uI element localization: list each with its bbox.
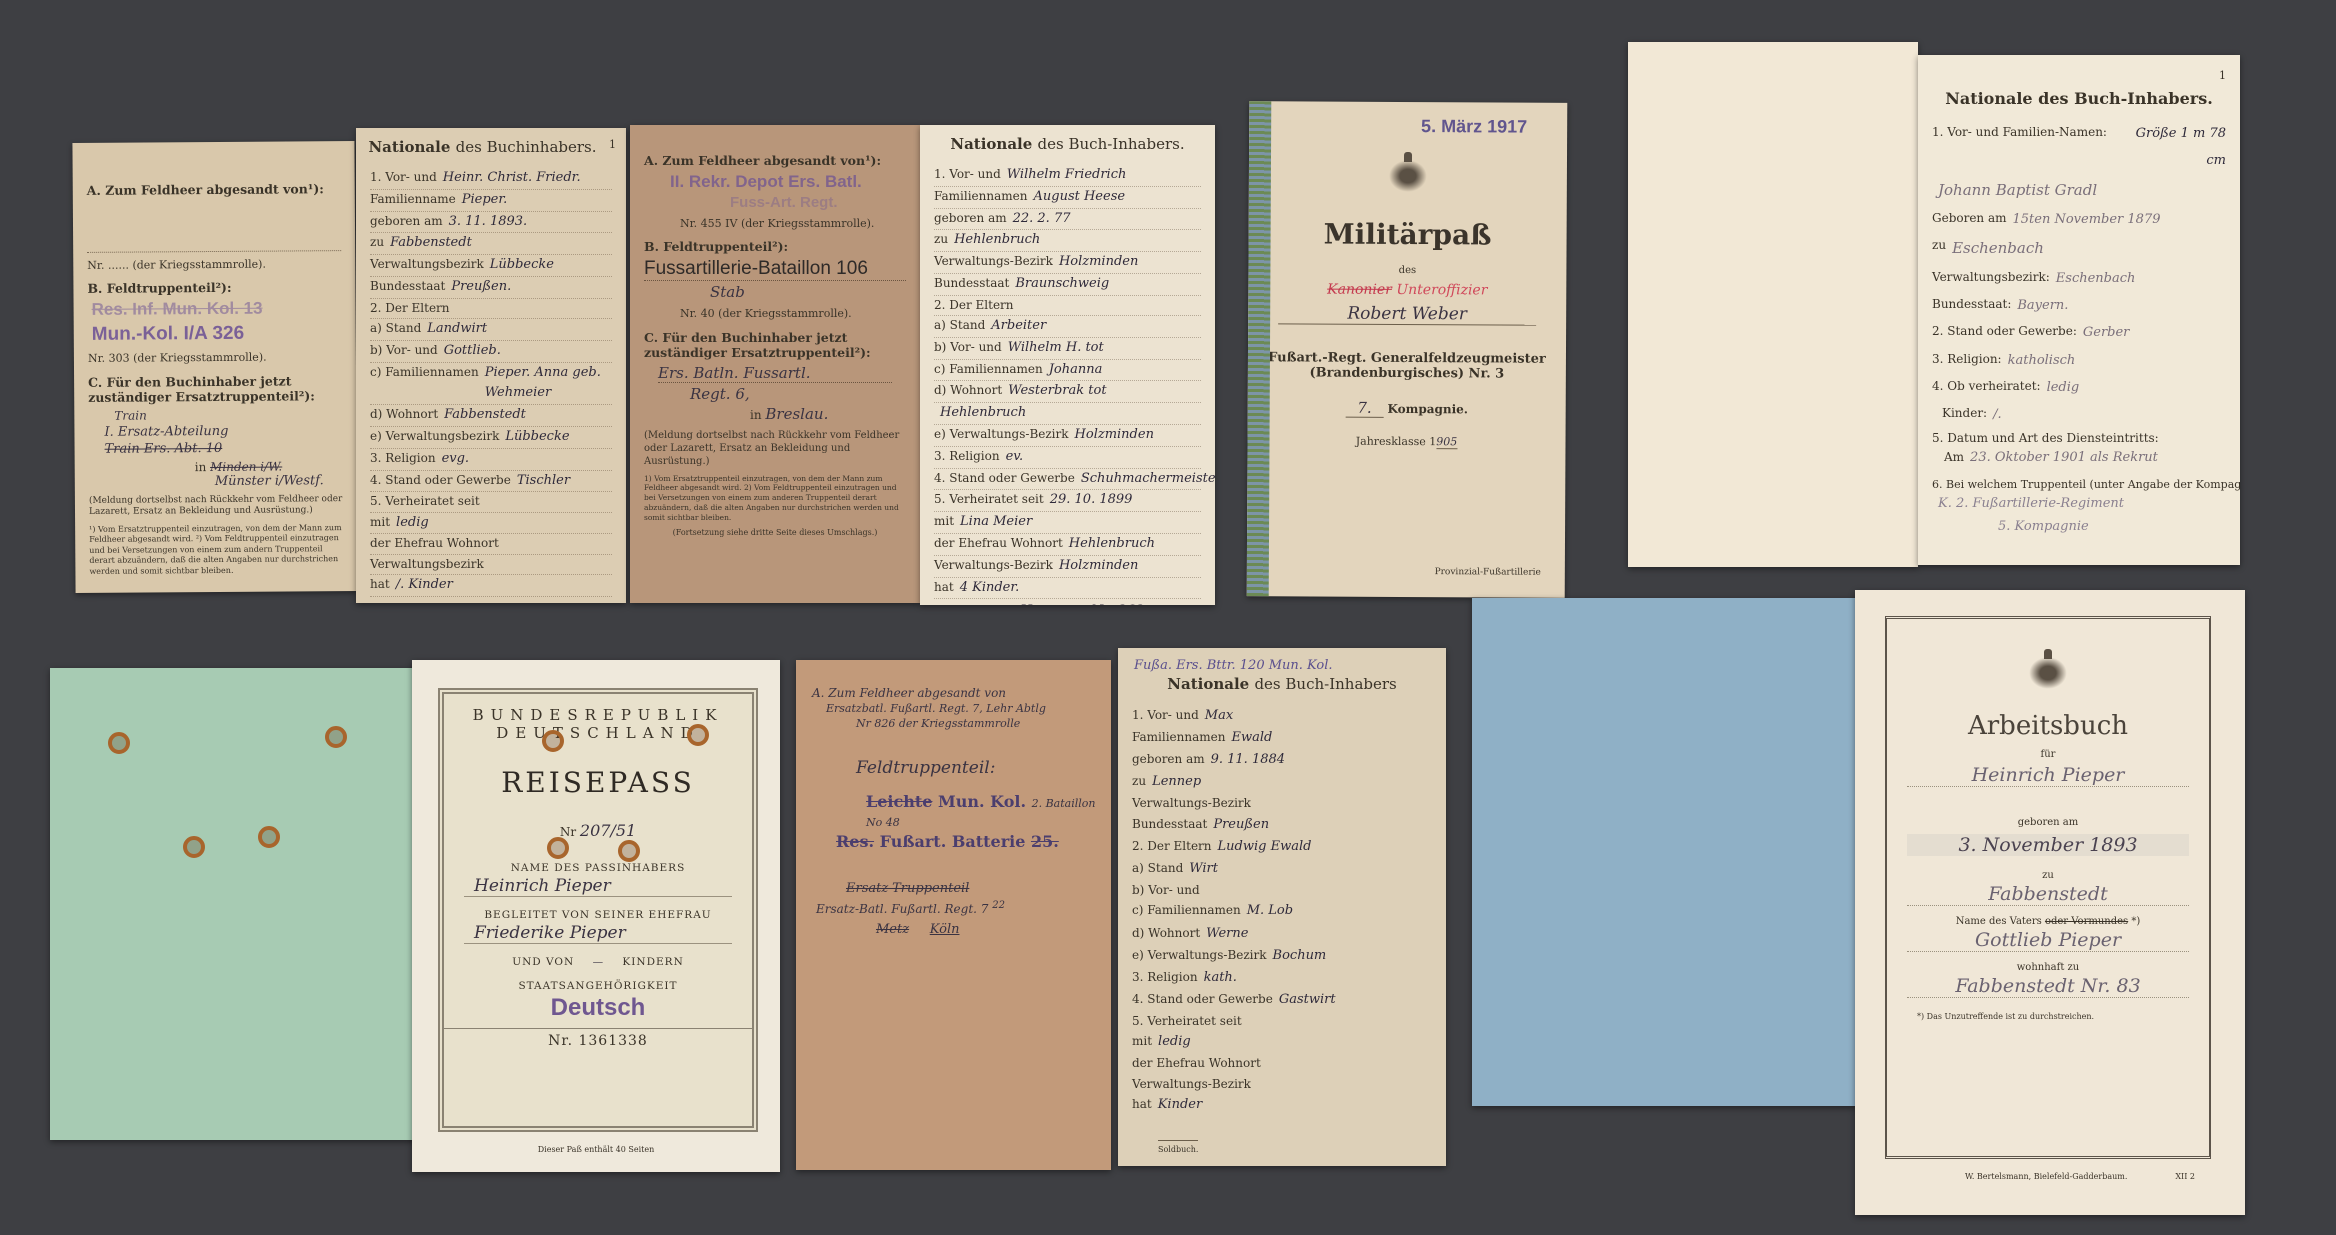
rank-red: Unteroffizier (1396, 282, 1487, 298)
table-row: 3. Religionkath. (1132, 967, 1432, 989)
nationale-title: Nationale des Buch-Inhabers (1118, 675, 1446, 693)
nationality-stamp: Deutsch (444, 994, 752, 1022)
table-row: 3. Religion:katholisch (1932, 347, 2226, 374)
table-row: 3. Religionev. (934, 447, 1201, 469)
note: (Meldung dortselbst nach Rückkehr vom Fe… (644, 429, 906, 468)
table-row: FamiliennamenEwald (1132, 727, 1432, 749)
table-row: der Ehefrau Wohnort (1132, 1053, 1432, 1073)
table-row: zuHehlenbruch (934, 230, 1201, 252)
holder-name: Heinrich Pieper (1907, 764, 2189, 787)
stamp-line-2: Res. Fußart. Batterie 25. (836, 832, 1111, 851)
birthplace: Fabbenstedt (1907, 883, 2189, 906)
table-row: Johann Baptist Gradl (1932, 175, 2226, 207)
table-row: a) StandArbeiter (934, 316, 1201, 338)
table-row: 4. Ob verheiratet:ledig (1932, 374, 2226, 401)
table-row: Geboren am15ten November 1879 (1932, 206, 2226, 233)
table-row: 2. Stand oder Gewerbe:Gerber (1932, 319, 2226, 346)
table-row: 5. Verheiratet seit29. 10. 1899 (934, 490, 1201, 512)
table-row: d) WohnortFabbenstedt (370, 405, 612, 427)
soldbuch-heese-left-page: A. Zum Feldheer abgesandt von¹): II. Rek… (630, 125, 920, 603)
imperial-eagle-icon (2025, 647, 2071, 697)
soldbuch-pieper-left-page: A. Zum Feldheer abgesandt von¹): Nr. ...… (72, 141, 357, 593)
guilloche-border: BUNDESREPUBLIK DEUTSCHLAND REISEPASS Nr … (438, 688, 758, 1132)
header-stamp: Fußa. Ers. Bttr. 120 Mun. Kol. (1134, 658, 1430, 673)
nationale-rows: 1. Vor- und Familien-Namen:Größe 1 m 78 … (1918, 120, 2240, 539)
nationale-title: Nationale des Buch-Inhabers. (1918, 89, 2240, 108)
table-row: Kinder:/. (1932, 401, 2226, 428)
in-hand: Breslau. (765, 405, 828, 423)
rank-struck: Kanonier (1327, 282, 1392, 298)
residence-value: Fabbenstedt Nr. 83 (1907, 975, 2189, 998)
table-row: 1. Vor- undHeinr. Christ. Friedr. (370, 168, 612, 190)
table-row: e) VerwaltungsbezirkLübbecke (370, 427, 612, 449)
arbeitsbuch-blue-cover (1472, 598, 1857, 1106)
imprint: W. Bertelsmann, Bielefeld-Gadderbaum. (1965, 1172, 2127, 1181)
table-row: Verwaltungsbezirk:Eschenbach (1932, 265, 2226, 292)
table-row: FamiliennamePieper. (370, 190, 612, 212)
fuer-label: für (1887, 749, 2209, 760)
nationality-label: STAATSANGEHÖRIGKEIT (444, 980, 752, 992)
rust-hole-icon (542, 730, 564, 752)
table-row: 6. Bei welchem Truppenteil (unter Angabe… (1932, 477, 2226, 492)
regiment-line-1: Fußart.-Regt. Generalfeldzeugmeister (1248, 350, 1566, 367)
rust-hole-icon (325, 726, 347, 748)
table-row: BundesstaatPreußen. (370, 277, 612, 299)
footnote: ¹) Vom Ersatztruppenteil einzutragen, vo… (89, 523, 343, 577)
name-hand: Robert Weber (1278, 303, 1536, 325)
hand-c-2: Ersatz-Batl. Fußartl. Regt. 7 22 (816, 900, 1091, 916)
footnote: *) Das Unzutreffende ist zu durchstreich… (1917, 1012, 2209, 1021)
b-hand: Stab (710, 283, 840, 301)
table-row: a) StandWirt (1132, 858, 1432, 880)
table-row: Verwaltungsbezirk (370, 555, 612, 575)
table-row: geboren am9. 11. 1884 (1132, 749, 1432, 771)
table-row: 5. Datum und Art des Diensteintritts: (1932, 429, 2226, 448)
section-c-label: C. Für den Buchinhaber jetzt zuständiger… (88, 373, 342, 405)
b-printed-unit: Fussartillerie-Bataillon 106 (644, 258, 906, 281)
table-row: e) Verwaltungs-BezirkHolzminden (934, 425, 1201, 447)
rust-hole-icon (108, 732, 130, 754)
table-row: mitledig (370, 513, 612, 535)
table-row: geboren am22. 2. 77 (934, 209, 1201, 231)
stamp-fuss-art: Fuss-Art. Regt. (730, 194, 920, 211)
hand-a-2: Ersatzbatl. Fußartl. Regt. 7, Lehr Abtlg (826, 702, 1081, 715)
section-a-label: A. Zum Feldheer abgesandt von¹): (644, 153, 906, 168)
table-row: 1. Vor- undMax (1132, 705, 1432, 727)
table-row: zuFabbenstedt (370, 233, 612, 255)
table-row: 3. Religionevg. (370, 449, 612, 471)
in-label: in (195, 460, 207, 474)
company-line: 7. Kompagnie. (1248, 398, 1566, 418)
children-line: UND VON — KINDERN (444, 956, 752, 968)
table-row: Am23. Oktober 1901 als Rekrut (1932, 448, 2226, 469)
imprint: Provinzial-Fußartillerie (1435, 567, 1541, 578)
hand-b: Feldtruppenteil: (856, 758, 1051, 778)
table-row: 2. Der Eltern (370, 299, 612, 319)
in-line: in Breslau. (750, 405, 906, 423)
arbeitsbuch-title-page: Arbeitsbuch für Heinrich Pieper geboren … (1855, 590, 2245, 1215)
table-row: Verwaltungs-Bezirk (1132, 793, 1432, 813)
table-row: 4. Stand oder GewerbeSchuhmachermeister (934, 469, 1201, 491)
table-row: b) Vor- undGottlieb. (370, 341, 612, 363)
table-row: 5. Kompagnie (1932, 515, 2226, 538)
table-row: BundesstaatBraunschweig (934, 274, 1201, 296)
in-line: in Minden i/W. (195, 459, 343, 474)
section-c-label: C. Für den Buchinhaber jetzt zuständiger… (644, 330, 906, 360)
c-hand-1: Ers. Batln. Fussartl. (658, 364, 892, 383)
table-row: e) Verwaltungs-BezirkBochum (1132, 945, 1432, 967)
c-hand-3: Train Ers. Abt. 10 (105, 440, 327, 457)
stamp-rekr-depot: II. Rekr. Depot Ers. Batl. (670, 172, 880, 192)
table-row: c) FamiliennamenM. Lob (1132, 900, 1432, 922)
nr-value: Nr. 303 (der Kriegsstammrolle). (88, 350, 342, 366)
soldbuch-footer: Soldbuch. (1158, 1140, 1198, 1154)
nr-line: Nr. 455 IV (der Kriegsstammrolle). (680, 217, 906, 231)
nationale-rows: 1. Vor- undHeinr. Christ. Friedr. Famili… (356, 168, 626, 597)
table-row: zuEschenbach (1932, 233, 2226, 265)
table-row: mitLina Meier (934, 512, 1201, 534)
table-row: geboren am3. 11. 1893. (370, 212, 612, 234)
footer-hand: Hauptstr. Nr. 363 (1020, 603, 1215, 605)
holder-value: Heinrich Pieper (464, 876, 732, 897)
born-label: geboren am (1887, 817, 2209, 828)
table-row: 1. Vor- undWilhelm Friedrich (934, 165, 1201, 187)
table-row: Verwaltungs-Bezirk (1132, 1074, 1432, 1094)
passport-title: REISEPASS (444, 766, 752, 799)
table-row: Bundesstaat:Bayern. (1932, 292, 2226, 319)
nationale-title: Nationale des Buchinhabers. 1 (356, 138, 626, 156)
rust-hole-icon (258, 826, 280, 848)
wife-value: Friederike Pieper (464, 923, 732, 944)
form-code: XII 2 (2175, 1172, 2195, 1181)
table-row: hat4 Kinder. (934, 578, 1201, 600)
nr-line: Nr. ...... (der Kriegsstammrolle). (87, 257, 341, 273)
table-row: a) StandLandwirt (370, 319, 612, 341)
table-row: zuLennep (1132, 771, 1432, 793)
father-value: Gottlieb Pieper (1907, 929, 2189, 952)
zu-label: zu (1887, 870, 2209, 881)
soldbuch-ewald-right-page: Fußa. Ers. Bttr. 120 Mun. Kol. Nationale… (1118, 648, 1446, 1166)
table-row: 4. Stand oder GewerbeTischler (370, 471, 612, 493)
hand-a-1: A. Zum Feldheer abgesandt von (812, 686, 1095, 700)
soldbuch-pieper-right-page: Nationale des Buchinhabers. 1 1. Vor- un… (356, 128, 626, 603)
table-row: c) FamiliennamenPieper. Anna geb. Wehmei… (370, 363, 612, 406)
table-row: BundesstaatPreußen (1132, 814, 1432, 836)
hand-a-3: Nr 826 der Kriegsstammrolle (856, 717, 1051, 730)
serial-number: Nr. 1361338 (444, 1028, 752, 1049)
c-hand-2: I. Ersatz-Abteilung (104, 423, 326, 440)
cloth-spine (1247, 101, 1272, 596)
stamp-struck: Res. Inf. Mun. Kol. 13 (92, 298, 338, 320)
pages-note: Dieser Paß enthält 40 Seiten (412, 1145, 780, 1154)
table-row: FamiliennamenAugust Heese (934, 187, 1201, 209)
table-row: Hehlenbruch (934, 403, 1201, 425)
stamp-mun-kol: Mun.-Kol. I/A 326 (92, 322, 338, 346)
table-row: mitledig (1132, 1031, 1432, 1053)
hand-c-1: Ersatz-Truppenteil (846, 881, 1061, 896)
table-row: K. 2. Fußartillerie-Regiment (1932, 492, 2226, 515)
rust-hole-icon (547, 837, 569, 859)
passport-number: Nr 207/51 (444, 821, 752, 840)
table-row: 1. Vor- und Familien-Namen:Größe 1 m 78 … (1932, 120, 2226, 175)
table-row: c) FamiliennamenJohanna (934, 360, 1201, 382)
des-label: des (1248, 264, 1566, 277)
hand-c-3: Metz Köln (876, 922, 1031, 937)
table-row: VerwaltungsbezirkLübbecke (370, 255, 612, 277)
table-row: hat/. Kinder (370, 575, 612, 597)
table-row: b) Vor- und (1132, 880, 1432, 900)
table-row: 5. Verheiratet seit (370, 492, 612, 512)
table-row: der Ehefrau Wohnort (370, 534, 612, 554)
date-stamp: 5. März 1917 (1421, 116, 1527, 138)
section-b-label: B. Feldtruppenteil²): (87, 279, 341, 296)
rust-hole-icon (687, 724, 709, 746)
militaerpass-gradl-left-page (1628, 42, 1918, 567)
arbeitsbuch-title: Arbeitsbuch (1887, 711, 2209, 741)
table-row: hatKinder (1132, 1094, 1432, 1116)
section-b-label: B. Feldtruppenteil²): (644, 239, 906, 254)
table-row: d) WohnortWesterbrak tot (934, 381, 1201, 403)
table-row: Verwaltungs-BezirkHolzminden (934, 556, 1201, 578)
country-line-1: BUNDESREPUBLIK (444, 706, 752, 724)
in-hand: Münster i/Westf. (215, 473, 343, 489)
nr-value: Nr. 40 (der Kriegsstammrolle). (680, 307, 906, 321)
regiment-line-2: (Brandenburgisches) Nr. 3 (1248, 365, 1566, 382)
table-row: 5. Verheiratet seit (1132, 1011, 1432, 1031)
reisepass-data-page: BUNDESREPUBLIK DEUTSCHLAND REISEPASS Nr … (412, 660, 780, 1172)
nationale-rows: 1. Vor- undWilhelm Friedrich Familiennam… (920, 165, 1215, 599)
holder-label: NAME DES PASSINHABERS (444, 862, 752, 874)
table-row: d) WohnortWerne (1132, 923, 1432, 945)
continuation: (Fortsetzung siehe dritte Seite dieses U… (644, 528, 906, 538)
militaerpass-weber-cover: 5. März 1917 Militärpaß des Kanonier Unt… (1247, 101, 1568, 598)
residence-label: wohnhaft zu (1887, 962, 2209, 973)
rank-line: Kanonier Unteroffizier (1248, 281, 1566, 299)
nationale-title: Nationale des Buch-Inhabers. (920, 135, 1215, 153)
table-row: der Ehefrau WohnortHehlenbruch (934, 534, 1201, 556)
section-a-label: A. Zum Feldheer abgesandt von¹): (87, 181, 341, 198)
born-value: 3. November 1893 (1907, 834, 2189, 856)
in-struck: Minden i/W. (210, 459, 282, 474)
note: (Meldung dortselbst nach Rückkehr vom Fe… (89, 494, 343, 519)
c-hand-2: Regt. 6, (690, 385, 860, 403)
father-label-line: Name des Vaters oder Vormundes *) (1887, 916, 2209, 927)
table-row: 2. Der ElternLudwig Ewald (1132, 836, 1432, 858)
title-frame: Arbeitsbuch für Heinrich Pieper geboren … (1885, 616, 2211, 1159)
rust-hole-icon (183, 836, 205, 858)
rust-hole-icon (618, 840, 640, 862)
table-row: 2. Der Eltern (934, 296, 1201, 316)
section-a-lines (87, 200, 341, 253)
cover-title: Militärpaß (1249, 217, 1567, 252)
page-number: 1 (2219, 69, 2226, 82)
militaerpass-gradl-right-page: 1 Nationale des Buch-Inhabers. 1. Vor- u… (1918, 55, 2240, 565)
soldbuch-heese-right-page: Nationale des Buch-Inhabers. 1. Vor- und… (920, 125, 1215, 605)
soldbuch-ewald-left-page: A. Zum Feldheer abgesandt von Ersatzbatl… (796, 660, 1111, 1170)
footnote: 1) Vom Ersatztruppenteil einzutragen, vo… (644, 474, 906, 523)
wife-label: BEGLEITET VON SEINER EHEFRAU (444, 909, 752, 921)
c-hand-1: Train (114, 407, 316, 422)
nationale-rows: 1. Vor- undMax FamiliennamenEwald gebore… (1118, 705, 1446, 1116)
table-row: 4. Stand oder GewerbeGastwirt (1132, 989, 1432, 1011)
stamp-line-1: Leichte Mun. Kol. 2. Bataillon No 48 (866, 792, 1111, 830)
reisepass-green-cover (50, 668, 425, 1140)
page-number: 1 (609, 138, 616, 151)
table-row: b) Vor- undWilhelm H. tot (934, 338, 1201, 360)
table-row: Verwaltungs-BezirkHolzminden (934, 252, 1201, 274)
imperial-eagle-icon (1385, 150, 1431, 200)
year-line: Jahresklasse 1905 (1247, 434, 1565, 449)
